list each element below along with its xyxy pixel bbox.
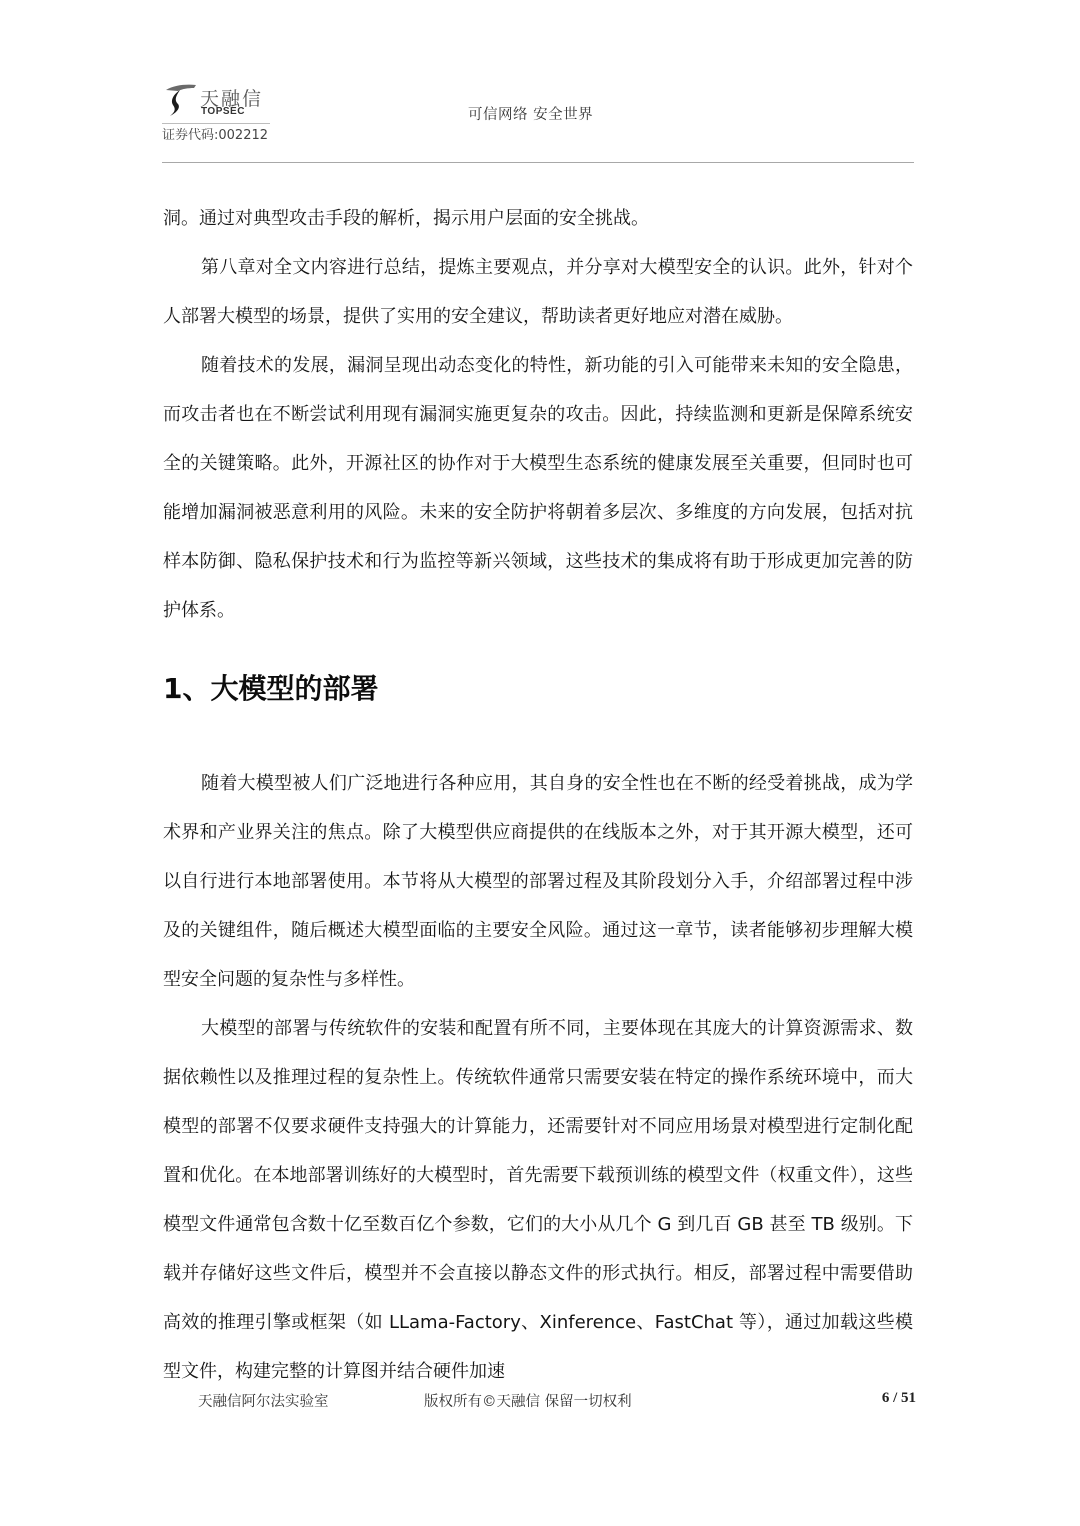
stock-code: 证券代码:002212 (162, 124, 268, 143)
page-header: 天融信 TOPSEC 证券代码:002212 可信网络 安全世界 (162, 80, 914, 164)
paragraph: 第八章对全文内容进行总结，提炼主要观点，并分享对大模型安全的认识。此外，针对个人… (163, 243, 913, 341)
paragraph: 大模型的部署与传统软件的安装和配置有所不同，主要体现在其庞大的计算资源需求、数据… (163, 1004, 913, 1396)
page-footer: 天融信阿尔法实验室 版权所有©天融信 保留一切权利 6 / 51 (162, 1390, 916, 1414)
topsec-swoosh-icon (164, 82, 198, 118)
header-slogan: 可信网络 安全世界 (468, 103, 593, 124)
paragraph: 随着大模型被人们广泛地进行各种应用，其自身的安全性也在不断的经受着挑战，成为学术… (163, 759, 913, 1004)
logo-english-text: TOPSEC (201, 106, 245, 117)
paragraph: 随着技术的发展，漏洞呈现出动态变化的特性，新功能的引入可能带来未知的安全隐患，而… (163, 341, 913, 635)
footer-copyright: 版权所有©天融信 保留一切权利 (424, 1390, 632, 1411)
document-body: 洞。通过对典型攻击手段的解析，揭示用户层面的安全挑战。 第八章对全文内容进行总结… (163, 194, 913, 1396)
page-number: 6 / 51 (882, 1390, 916, 1407)
paragraph-continuation: 洞。通过对典型攻击手段的解析，揭示用户层面的安全挑战。 (163, 194, 913, 243)
topsec-logo: 天融信 TOPSEC (162, 80, 272, 122)
header-divider (162, 162, 914, 163)
section-heading: 1、大模型的部署 (163, 669, 913, 709)
footer-lab-name: 天融信阿尔法实验室 (198, 1390, 329, 1411)
